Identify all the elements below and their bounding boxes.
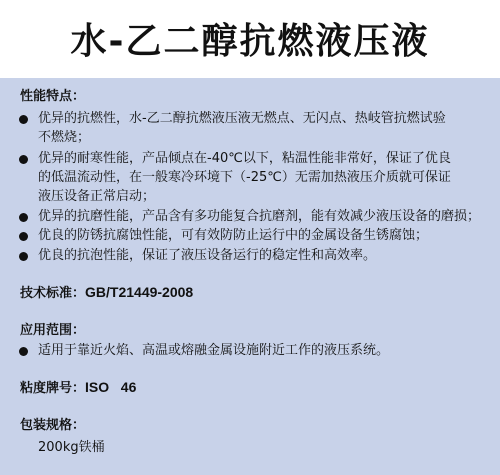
standard-row: 技术标准：GB/T21449-2008 xyxy=(20,283,193,303)
bullet-icon xyxy=(19,155,28,164)
bullet-icon xyxy=(19,232,28,241)
application-item-1: 适用于靠近火焰、高温或熔融金属设施附近工作的液压系统。 xyxy=(38,342,389,360)
feature-2-line-2: 的低温流动性，在一般寒冷环境下（-25℃）无需加热液压介质就可保证 xyxy=(38,169,451,187)
viscosity-value: ISO 46 xyxy=(85,379,136,395)
header-banner: 水-乙二醇抗燃液压液 xyxy=(0,0,500,78)
standard-label: 技术标准： xyxy=(20,286,85,301)
feature-2-line-1: 优异的耐寒性能，产品倾点在-40℃以下，粘温性能非常好，保证了优良 xyxy=(38,150,451,168)
packaging-value: 200kg铁桶 xyxy=(38,439,105,457)
bullet-icon xyxy=(19,347,28,356)
viscosity-label: 粘度牌号： xyxy=(20,381,85,396)
viscosity-row: 粘度牌号：ISO 46 xyxy=(20,378,136,398)
bullet-icon xyxy=(19,252,28,261)
standard-value: GB/T21449-2008 xyxy=(85,284,193,300)
features-heading: 性能特点： xyxy=(20,88,85,106)
feature-2-line-3: 液压设备正常启动； xyxy=(38,188,155,206)
feature-5-line-1: 优良的抗泡性能，保证了液压设备运行的稳定性和高效率。 xyxy=(38,247,376,265)
feature-1-line-1: 优异的抗燃性，水-乙二醇抗燃液压液无燃点、无闪点、热岐管抗燃试验 xyxy=(38,110,446,128)
packaging-heading: 包装规格： xyxy=(20,417,85,435)
feature-3-line-1: 优异的抗磨性能，产品含有多功能复合抗磨剂，能有效减少液压设备的磨损； xyxy=(38,208,480,226)
page-title: 水-乙二醇抗燃液压液 xyxy=(0,20,500,64)
bullet-icon xyxy=(19,115,28,124)
feature-4-line-1: 优良的防锈抗腐蚀性能，可有效防防止运行中的金属设备生锈腐蚀； xyxy=(38,227,428,245)
bullet-icon xyxy=(19,213,28,222)
feature-1-line-2: 不燃烧； xyxy=(38,129,90,147)
application-heading: 应用范围： xyxy=(20,322,85,340)
